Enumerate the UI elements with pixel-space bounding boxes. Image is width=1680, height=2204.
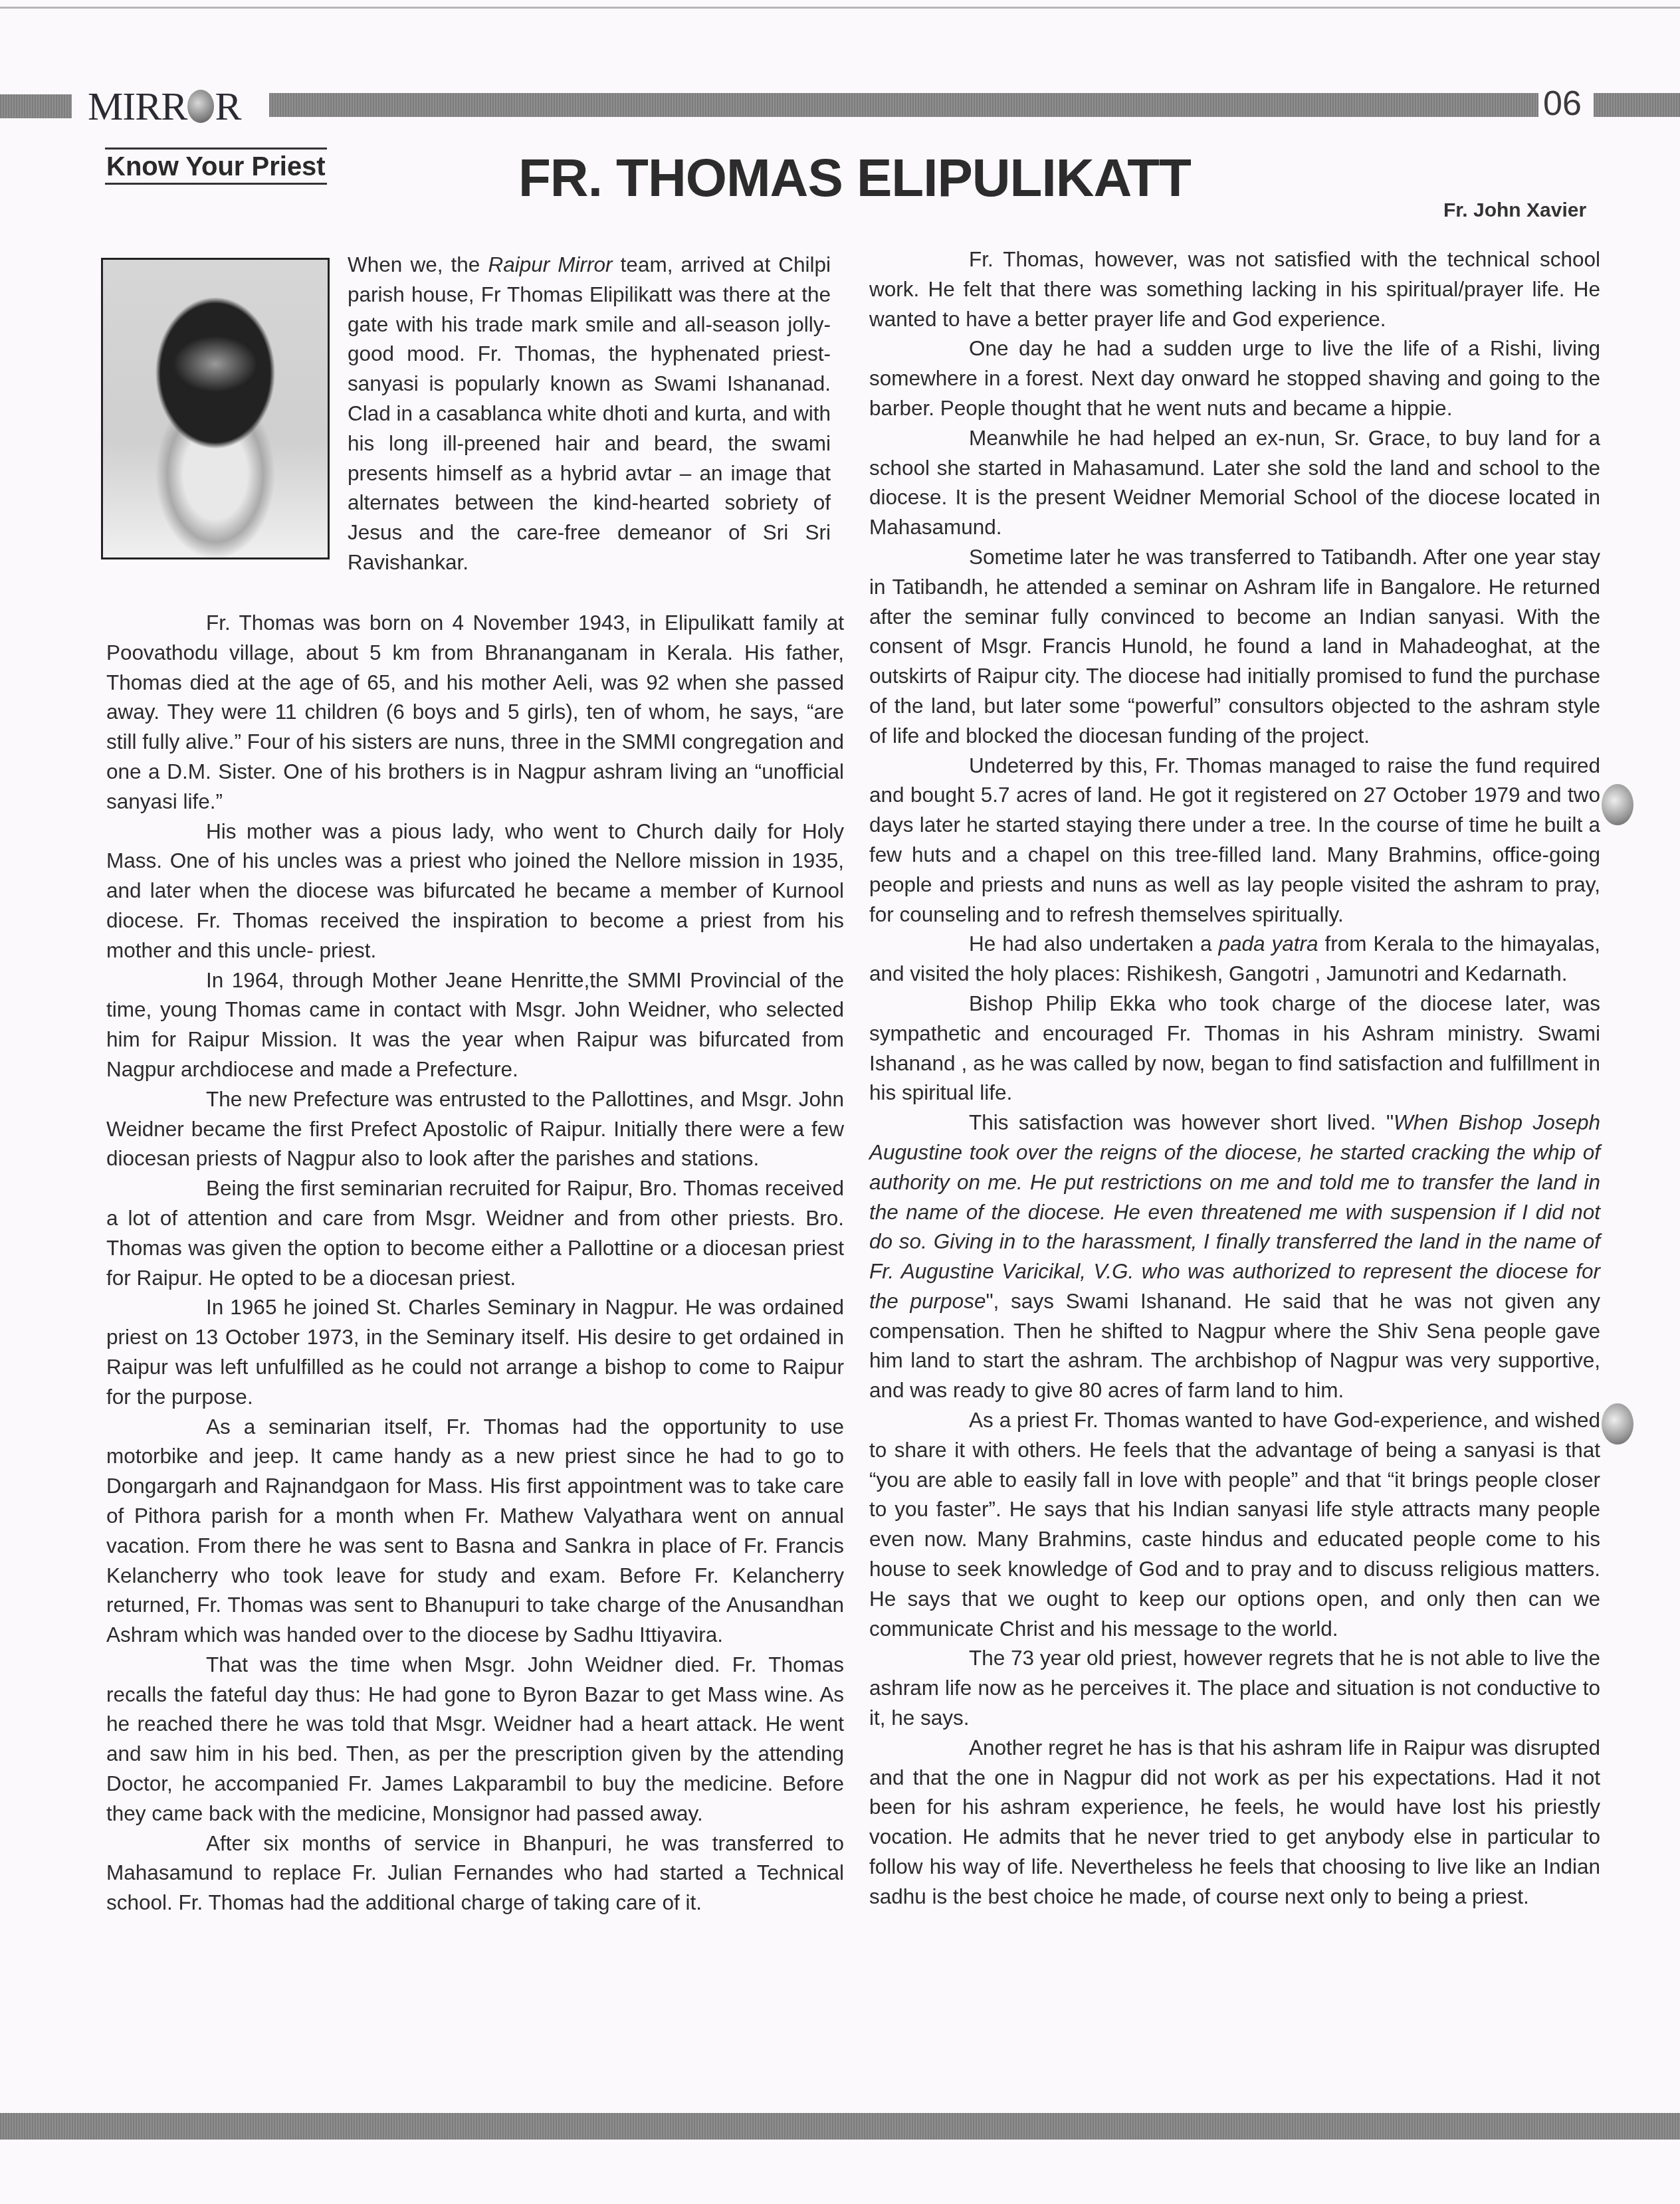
page-number: 06 [1543, 84, 1582, 124]
section-label: Know Your Priest [105, 148, 327, 185]
intro-paragraph: When we, the Raipur Mirror team, arrived… [348, 250, 831, 577]
right-column: Fr. Thomas, however, was not satisfied w… [869, 245, 1600, 1912]
paragraph: As a priest Fr. Thomas wanted to have Go… [869, 1405, 1600, 1643]
page-top-edge [0, 7, 1680, 9]
paragraph: One day he had a sudden urge to live the… [869, 334, 1600, 423]
paragraph: This satisfaction was however short live… [869, 1108, 1600, 1405]
paragraph: Bishop Philip Ekka who took charge of th… [869, 989, 1600, 1108]
header-band-left [0, 94, 72, 118]
italic-term: pada yatra [1219, 932, 1318, 955]
article-headline: FR. THOMAS ELIPULIKATT [518, 151, 1191, 205]
binder-hole [1602, 784, 1633, 825]
logo-text-left: MIRR [88, 86, 187, 126]
paragraph: The 73 year old priest, however regrets … [869, 1643, 1600, 1732]
binder-hole [1602, 1403, 1633, 1445]
paragraph: Fr. Thomas, however, was not satisfied w… [869, 245, 1600, 334]
paragraph: His mother was a pious lady, who went to… [106, 817, 844, 965]
paragraph: Meanwhile he had helped an ex-nun, Sr. G… [869, 423, 1600, 542]
paragraph: Being the first seminarian recruited for… [106, 1173, 844, 1292]
paragraph: Sometime later he was transferred to Tat… [869, 542, 1600, 751]
paragraph: He had also undertaken a pada yatra from… [869, 929, 1600, 989]
publication-name: Raipur Mirror [488, 252, 612, 276]
intro-text: When we, the [348, 252, 488, 276]
intro-text-rest: team, arrived at Chilpi parish house, Fr… [348, 252, 831, 574]
paragraph: After six months of service in Bhanpuri,… [106, 1829, 844, 1918]
author-byline: Fr. John Xavier [1443, 199, 1586, 222]
paragraph: That was the time when Msgr. John Weidne… [106, 1650, 844, 1829]
priest-portrait-photo [101, 258, 330, 559]
quote-italic: When Bishop Joseph Augustine took over t… [869, 1110, 1600, 1313]
paragraph: The new Prefecture was entrusted to the … [106, 1084, 844, 1173]
paragraph: In 1964, through Mother Jeane Henritte,t… [106, 965, 844, 1084]
paragraph: Fr. Thomas was born on 4 November 1943, … [106, 608, 844, 817]
text: This satisfaction was however short live… [969, 1110, 1394, 1134]
logo-text-right: R [215, 86, 241, 126]
header-band-right [1594, 93, 1680, 117]
header-band-middle [269, 93, 1538, 117]
text: He had also undertaken a [969, 932, 1219, 955]
footer-band [0, 2113, 1680, 2140]
left-column: Fr. Thomas was born on 4 November 1943, … [106, 608, 844, 1918]
paragraph: In 1965 he joined St. Charles Seminary i… [106, 1292, 844, 1411]
paragraph: As a seminarian itself, Fr. Thomas had t… [106, 1412, 844, 1650]
paragraph: Undeterred by this, Fr. Thomas managed t… [869, 751, 1600, 930]
mirror-logo: MIRRR [88, 86, 241, 126]
globe-icon [187, 90, 214, 123]
paragraph: Another regret he has is that his ashram… [869, 1733, 1600, 1912]
